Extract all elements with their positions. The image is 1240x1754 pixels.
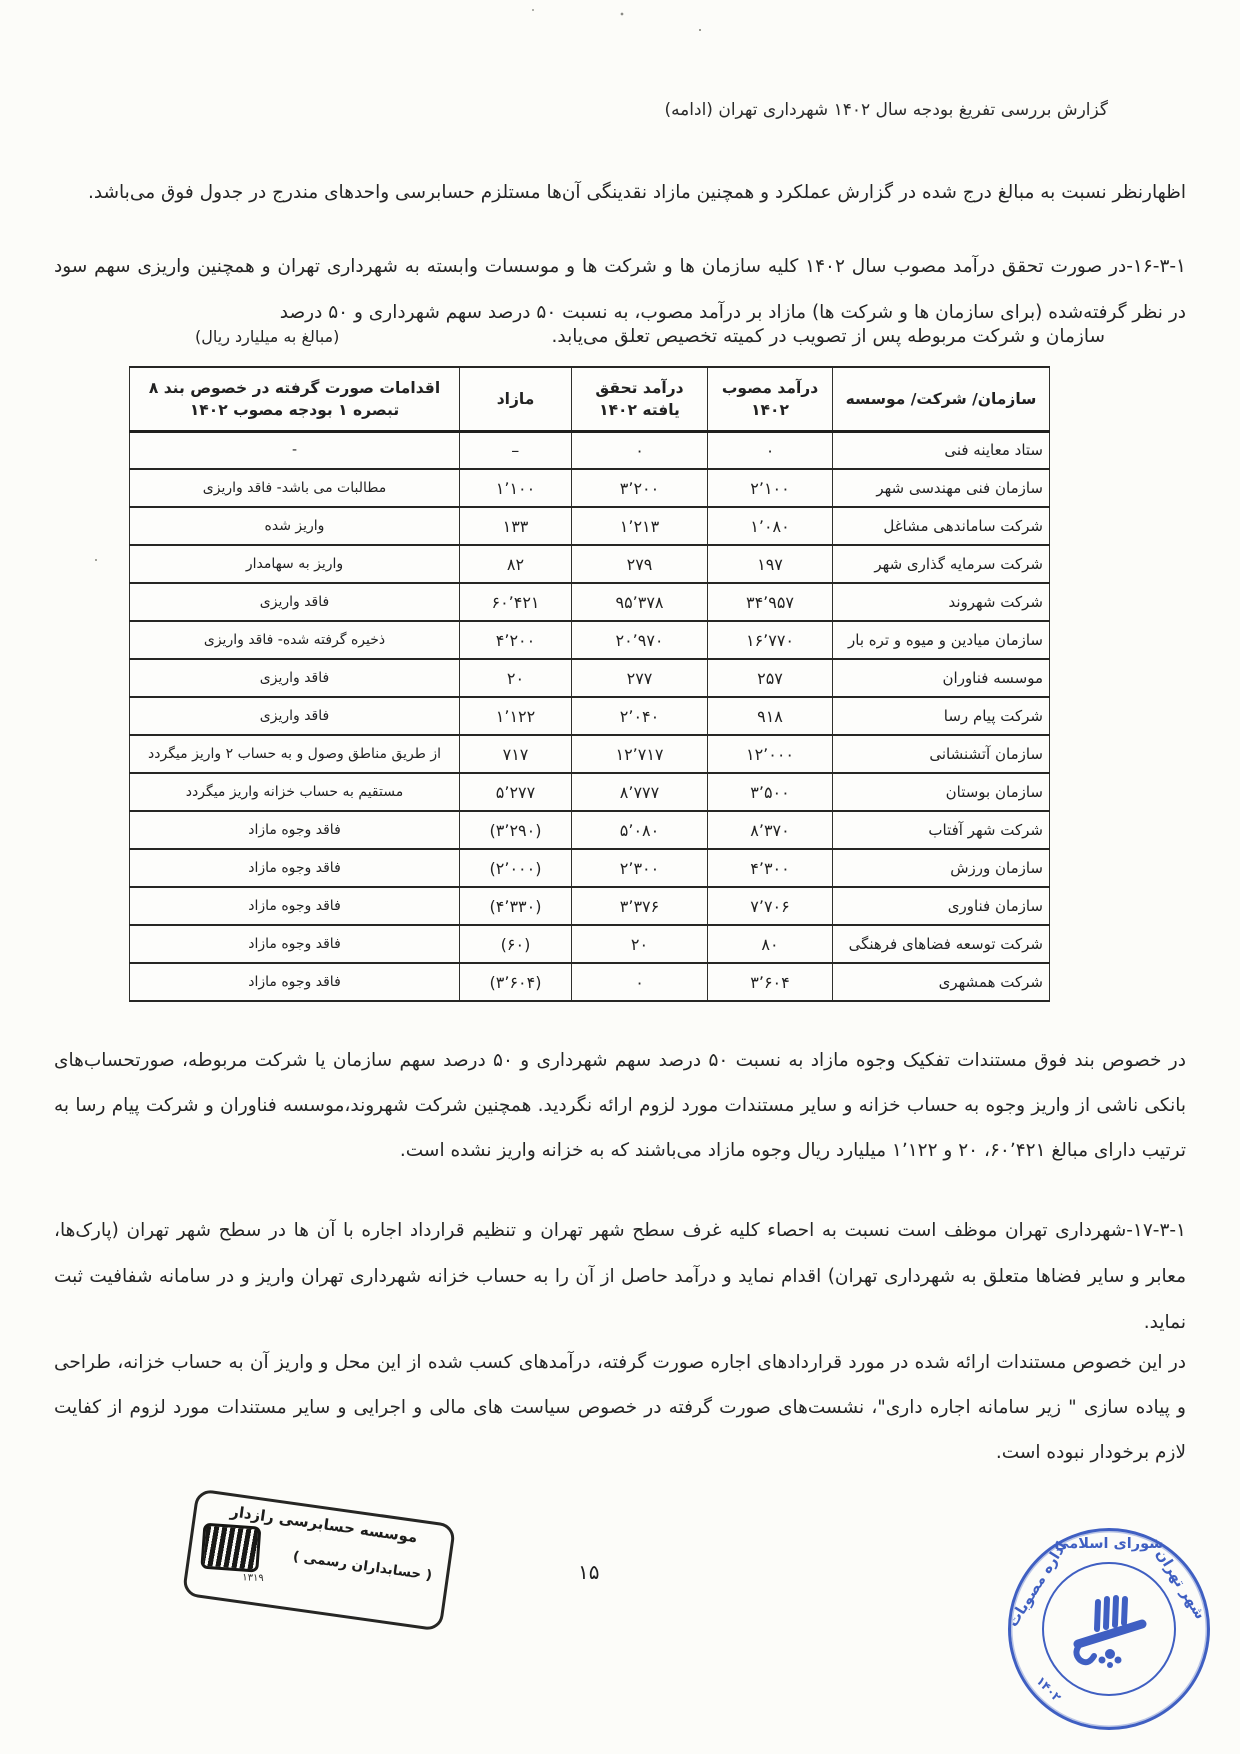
actions-cell: فاقد وجوه مازاد [130,811,460,849]
column-header-surplus: مازاد [460,367,572,431]
column-header-organization: سازمان/ شرکت/ موسسه [833,367,1050,431]
organizations-surplus-table: سازمان/ شرکت/ موسسه درآمد مصوب۱۴۰۲ درآمد… [129,366,1050,1002]
org-name-cell: سازمان فناوری [833,887,1050,925]
org-name-cell: موسسه فناوران [833,659,1050,697]
actions-cell: مطالبات می باشد- فاقد واریزی [130,469,460,507]
approved-income-cell: ۸٬۳۷۰ [708,811,833,849]
document-header-title: گزارش بررسی تفریغ بودجه سال ۱۴۰۲ شهرداری… [664,100,1108,120]
surplus-cell: (۲٬۰۰۰) [460,849,572,887]
org-name-cell: شرکت سرمایه گذاری شهر [833,545,1050,583]
table-row: سازمان فنی مهندسی شهر۲٬۱۰۰۳٬۲۰۰۱٬۱۰۰مطال… [130,469,1050,507]
page-number: ۱۵ [578,1560,599,1584]
approved-income-cell: ۱۶٬۷۷۰ [708,621,833,659]
table-row: سازمان آتشنشانی۱۲٬۰۰۰۱۲٬۷۱۷۷۱۷از طریق من… [130,735,1050,773]
column-header-realized-income: درآمد تحققیافته ۱۴۰۲ [572,367,708,431]
realized-income-cell: ۹۵٬۳۷۸ [572,583,708,621]
approved-income-cell: ۹۱۸ [708,697,833,735]
surplus-cell: ۱٬۱۲۲ [460,697,572,735]
actions-cell: فاقد وجوه مازاد [130,849,460,887]
item-16-paragraph: ۱۶-۳-۱-در صورت تحقق درآمد مصوب سال ۱۴۰۲ … [54,244,1186,336]
table-header-row: سازمان/ شرکت/ موسسه درآمد مصوب۱۴۰۲ درآمد… [130,367,1050,431]
closing-paragraph: در این خصوص مستندات ارائه شده در مورد قر… [54,1340,1186,1475]
table-row: شرکت شهر آفتاب۸٬۳۷۰۵٬۰۸۰(۳٬۲۹۰)فاقد وجوه… [130,811,1050,849]
realized-income-cell: ۸٬۷۷۷ [572,773,708,811]
approved-income-cell: ۲۵۷ [708,659,833,697]
actions-cell: - [130,431,460,469]
actions-cell: مستقیم به حساب خزانه واریز میگردد [130,773,460,811]
surplus-cell: ۲۰ [460,659,572,697]
surplus-cell: – [460,431,572,469]
realized-income-cell: ۲۰ [572,925,708,963]
actions-cell: فاقد وجوه مازاد [130,963,460,1001]
actions-cell: واریز شده [130,507,460,545]
item-16-tail-text: سازمان و شرکت مربوطه پس از تصویب در کمیت… [552,326,1105,347]
realized-income-cell: ۱٬۲۱۳ [572,507,708,545]
realized-income-cell: ۵٬۰۸۰ [572,811,708,849]
realized-income-cell: ۰ [572,431,708,469]
actions-cell: فاقد واریزی [130,659,460,697]
intro-paragraph: اظهارنظر نسبت به مبالغ درج شده در گزارش … [54,168,1186,218]
org-name-cell: شرکت همشهری [833,963,1050,1001]
surplus-cell: (۶۰) [460,925,572,963]
auditor-stamp-year: ۱۳۱۹ [198,1571,264,1584]
approved-income-cell: ۳٬۵۰۰ [708,773,833,811]
approved-income-cell: ۲٬۱۰۰ [708,469,833,507]
table-row: شرکت سرمایه گذاری شهر۱۹۷۲۷۹۸۲واریز به سه… [130,545,1050,583]
table-row: سازمان بوستان۳٬۵۰۰۸٬۷۷۷۵٬۲۷۷مستقیم به حس… [130,773,1050,811]
table-row: سازمان فناوری۷٬۷۰۶۳٬۳۷۶(۴٬۳۳۰)فاقد وجوه … [130,887,1050,925]
realized-income-cell: ۲۷۹ [572,545,708,583]
surplus-cell: (۳٬۶۰۴) [460,963,572,1001]
org-name-cell: سازمان فنی مهندسی شهر [833,469,1050,507]
auditor-stamp-subtitle: ( حسابداران رسمی ) [292,1548,437,1584]
surplus-cell: (۴٬۳۳۰) [460,887,572,925]
realized-income-cell: ۳٬۲۰۰ [572,469,708,507]
surplus-cell: ۷۱۷ [460,735,572,773]
council-stamp-text-top: شورای اسلامی [1055,1536,1164,1552]
surplus-cell: ۱٬۱۰۰ [460,469,572,507]
surplus-cell: ۴٬۲۰۰ [460,621,572,659]
realized-income-cell: ۳٬۳۷۶ [572,887,708,925]
surplus-cell: ۸۲ [460,545,572,583]
realized-income-cell: ۰ [572,963,708,1001]
org-name-cell: سازمان میادین و میوه و تره بار [833,621,1050,659]
actions-cell: فاقد واریزی [130,583,460,621]
actions-cell: فاقد واریزی [130,697,460,735]
actions-cell: فاقد وجوه مازاد [130,925,460,963]
org-name-cell: شرکت توسعه فضاهای فرهنگی [833,925,1050,963]
actions-cell: ذخیره گرفته شده- فاقد واریزی [130,621,460,659]
actions-cell: از طریق مناطق وصول و به حساب ۲ واریز میگ… [130,735,460,773]
table-row: شرکت شهروند۳۴٬۹۵۷۹۵٬۳۷۸۶۰٬۴۲۱فاقد واریزی [130,583,1050,621]
realized-income-cell: ۲۷۷ [572,659,708,697]
scanned-document-page: گزارش بررسی تفریغ بودجه سال ۱۴۰۲ شهرداری… [0,0,1240,1754]
auditor-stamp-logo-icon [200,1523,261,1573]
approved-income-cell: ۴٬۳۰۰ [708,849,833,887]
realized-income-cell: ۲۰٬۹۷۰ [572,621,708,659]
approved-income-cell: ۸۰ [708,925,833,963]
approved-income-cell: ۰ [708,431,833,469]
approved-income-cell: ۳٬۶۰۴ [708,963,833,1001]
realized-income-cell: ۲٬۰۴۰ [572,697,708,735]
auditor-stamp: موسسه حسابرسی رازدار ( حسابداران رسمی ) … [182,1488,456,1631]
surplus-cell: ۱۳۳ [460,507,572,545]
realized-income-cell: ۲٬۳۰۰ [572,849,708,887]
org-name-cell: سازمان ورزش [833,849,1050,887]
column-header-actions: اقدامات صورت گرفته در خصوص بند ۸تبصره ۱ … [130,367,460,431]
table-row: موسسه فناوران۲۵۷۲۷۷۲۰فاقد واریزی [130,659,1050,697]
org-name-cell: شرکت شهر آفتاب [833,811,1050,849]
surplus-cell: ۵٬۲۷۷ [460,773,572,811]
approved-income-cell: ۷٬۷۰۶ [708,887,833,925]
org-name-cell: سازمان آتشنشانی [833,735,1050,773]
item-17-paragraph: ۱۷-۳-۱-شهرداری تهران موظف است نسبت به اح… [54,1208,1186,1346]
column-header-approved-income: درآمد مصوب۱۴۰۲ [708,367,833,431]
table-row: ستاد معاینه فنی۰۰–- [130,431,1050,469]
actions-cell: فاقد وجوه مازاد [130,887,460,925]
after-table-paragraph: در خصوص بند فوق مستندات تفکیک وجوه مازاد… [54,1038,1186,1173]
org-name-cell: ستاد معاینه فنی [833,431,1050,469]
org-name-cell: شرکت ساماندهی مشاغل [833,507,1050,545]
table-row: شرکت ساماندهی مشاغل۱٬۰۸۰۱٬۲۱۳۱۳۳واریز شد… [130,507,1050,545]
table-unit-note: (مبالغ به میلیارد ریال) [195,327,339,346]
table-row: شرکت توسعه فضاهای فرهنگی۸۰۲۰(۶۰)فاقد وجو… [130,925,1050,963]
table-row: شرکت پیام رسا۹۱۸۲٬۰۴۰۱٬۱۲۲فاقد واریزی [130,697,1050,735]
org-name-cell: شرکت شهروند [833,583,1050,621]
table-row: سازمان میادین و میوه و تره بار۱۶٬۷۷۰۲۰٬۹… [130,621,1050,659]
org-name-cell: سازمان بوستان [833,773,1050,811]
approved-income-cell: ۳۴٬۹۵۷ [708,583,833,621]
table-row: شرکت همشهری۳٬۶۰۴۰(۳٬۶۰۴)فاقد وجوه مازاد [130,963,1050,1001]
item-16-tail-row: سازمان و شرکت مربوطه پس از تصویب در کمیت… [195,326,1105,347]
council-stamp-emblem-icon [1064,1584,1154,1674]
table-row: سازمان ورزش۴٬۳۰۰۲٬۳۰۰(۲٬۰۰۰)فاقد وجوه ما… [130,849,1050,887]
approved-income-cell: ۱۲٬۰۰۰ [708,735,833,773]
approved-income-cell: ۱٬۰۸۰ [708,507,833,545]
actions-cell: واریز به سهامدار [130,545,460,583]
approved-income-cell: ۱۹۷ [708,545,833,583]
council-stamp: شورای اسلامی اداره مصوبات شهر تهران ۱۴۰۲ [1008,1528,1210,1730]
org-name-cell: شرکت پیام رسا [833,697,1050,735]
surplus-cell: (۳٬۲۹۰) [460,811,572,849]
surplus-cell: ۶۰٬۴۲۱ [460,583,572,621]
realized-income-cell: ۱۲٬۷۱۷ [572,735,708,773]
